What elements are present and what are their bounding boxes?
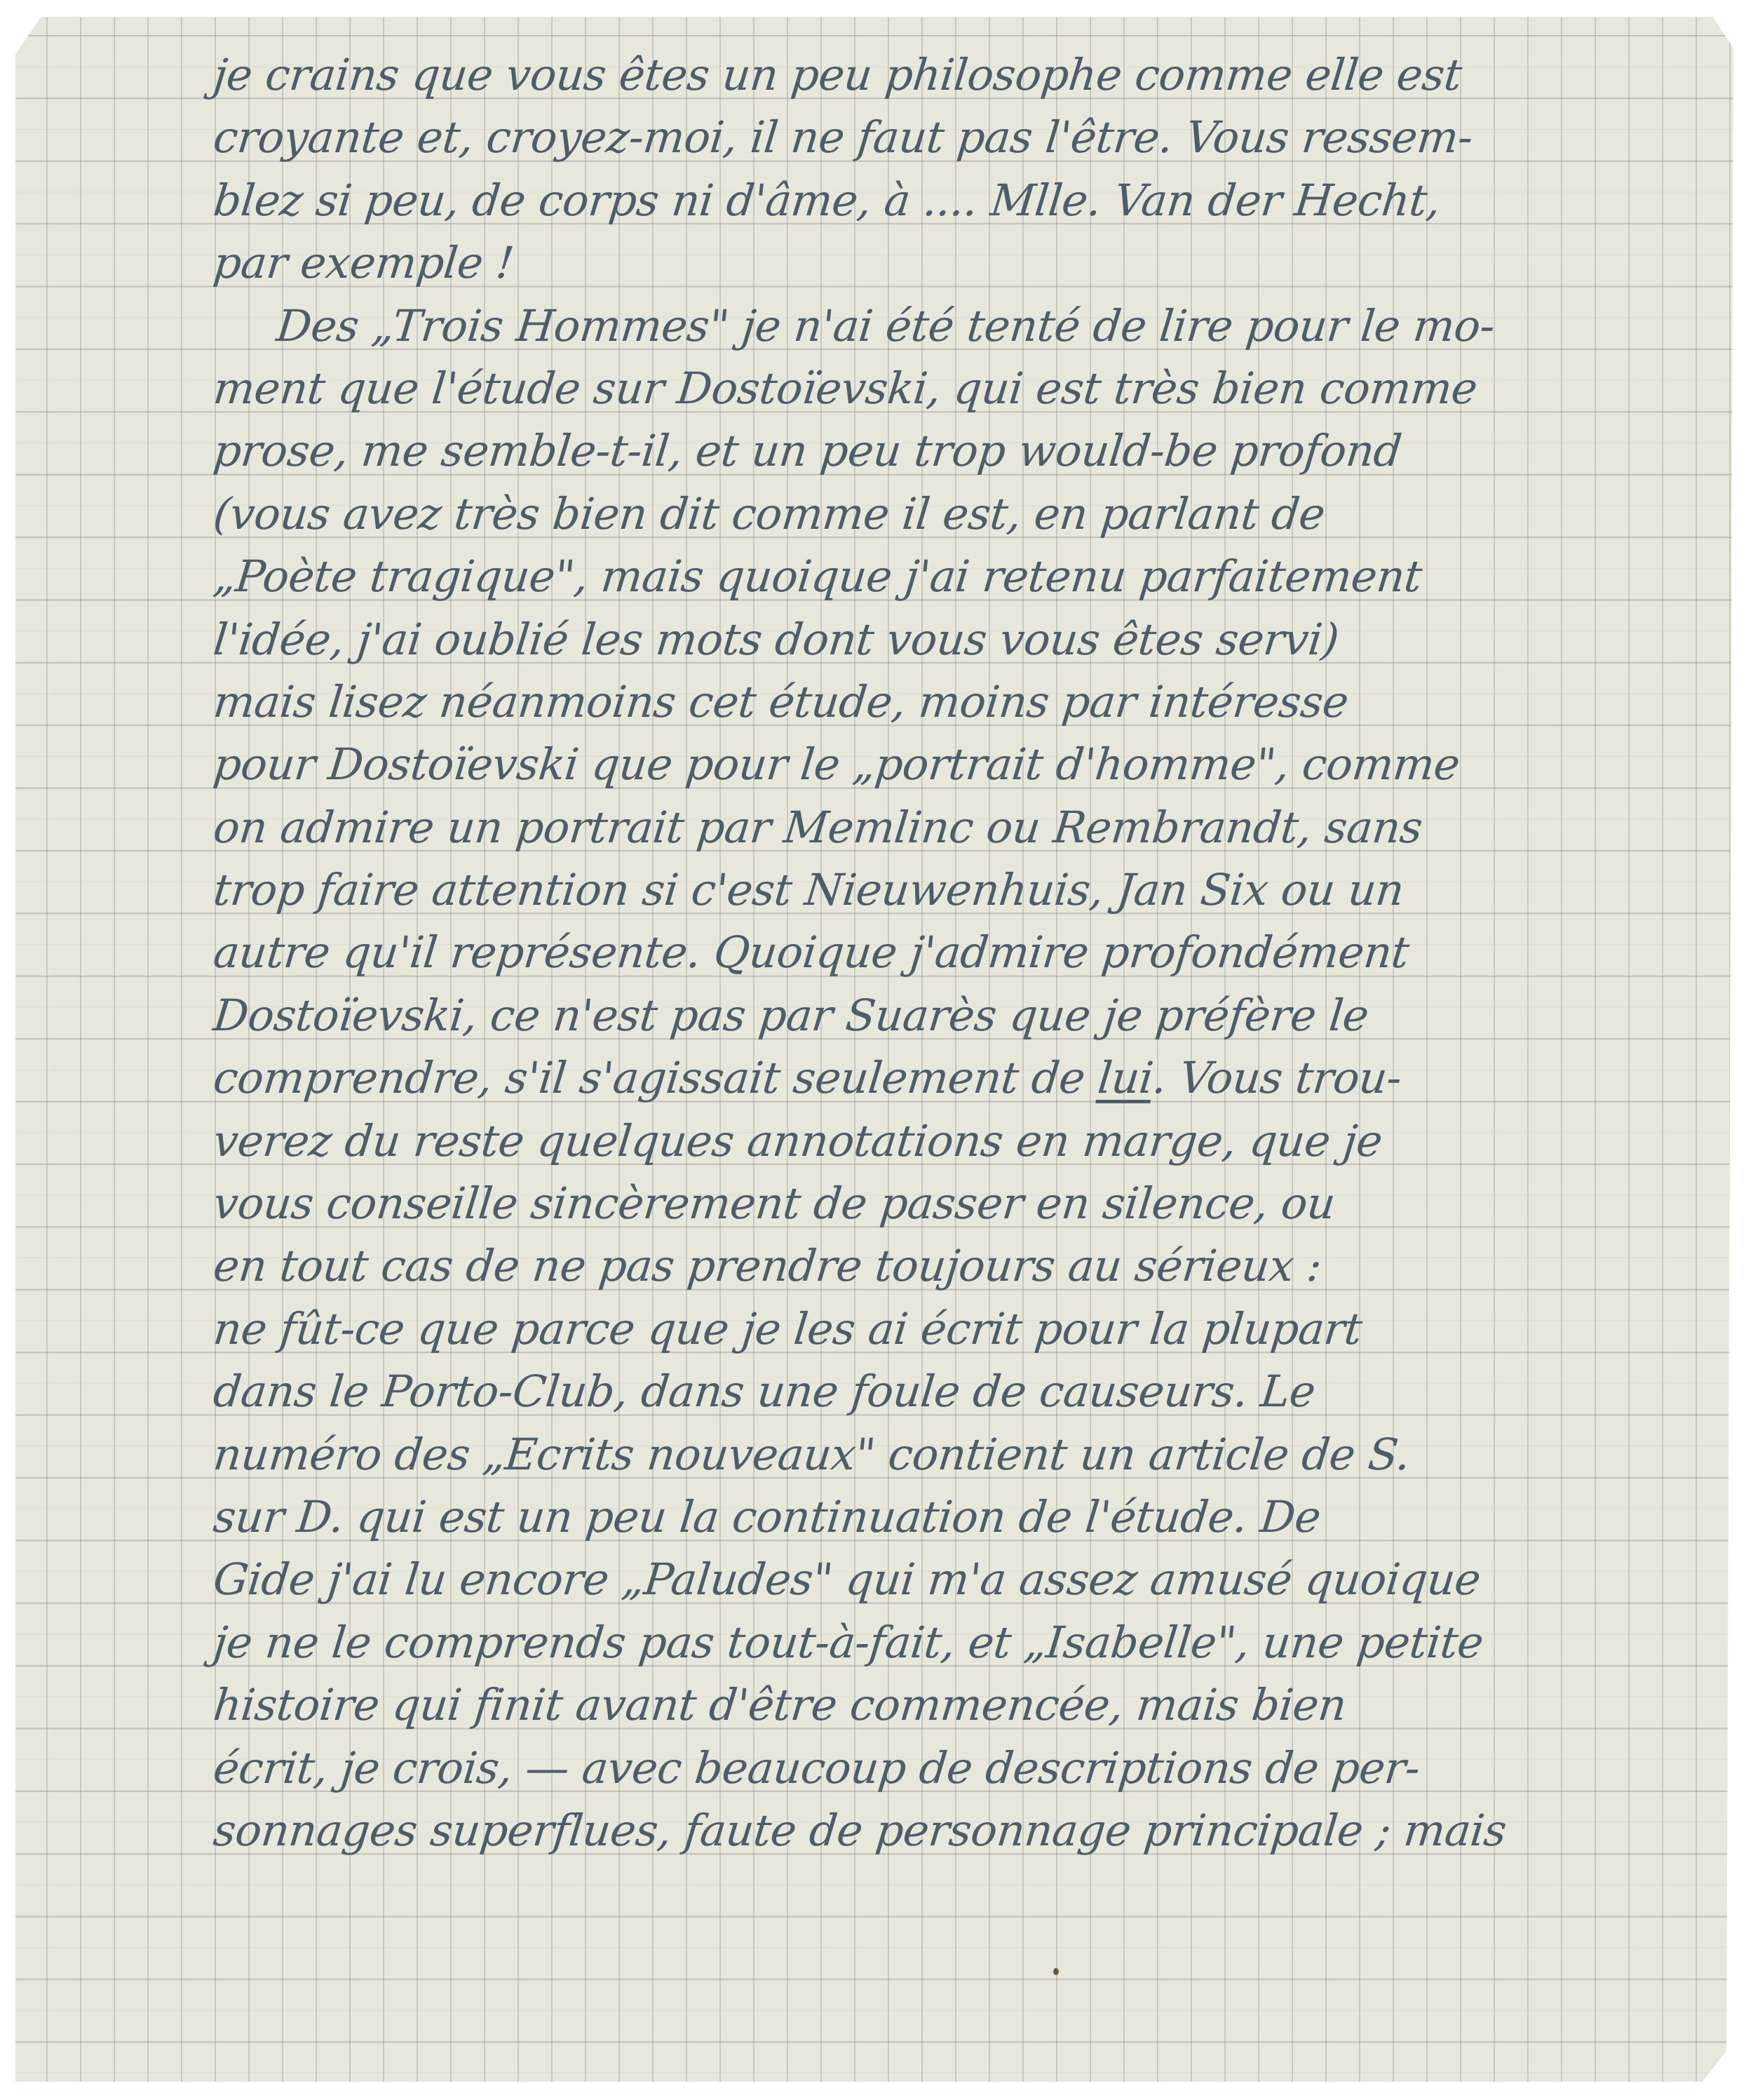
letter-line-27: histoire qui finit avant d'être commencé… [210,1674,1731,1736]
letter-line-7: prose, me semble-t-il, et un peu trop wo… [210,419,1731,482]
underlined-word: lui [1095,1052,1156,1103]
letter-line-8: (vous avez très bien dit comme il est, e… [210,483,1731,545]
letter-line-2: croyante et, croyez-moi, il ne faut pas … [210,106,1731,168]
letter-line-4: par exemple ! [210,231,1731,294]
letter-line-28: écrit, je crois, — avec beaucoup de desc… [210,1737,1731,1799]
letter-line-21: ne fût-ce que parce que je les ai écrit … [210,1298,1731,1360]
letter-line-13: on admire un portrait par Memlinc ou Rem… [210,796,1731,859]
letter-line-9: „Poète tragique", mais quoique j'ai rete… [210,545,1731,607]
letter-line-22: dans le Porto-Club, dans une foule de ca… [210,1360,1731,1422]
letter-line-11: mais lisez néanmoins cet étude, moins pa… [210,671,1731,733]
letter-line-18: verez du reste quelques annotations en m… [210,1110,1731,1172]
letter-line-14: trop faire attention si c'est Nieuwenhui… [210,859,1731,921]
letter-line-23: numéro des „Ecrits nouveaux" contient un… [210,1423,1731,1486]
letter-line-17: comprendre, s'il s'agissait seulement de… [210,1046,1731,1109]
letter-line-6: ment que l'étude sur Dostoïevski, qui es… [210,357,1731,419]
letter-line-26: je ne le comprends pas tout-à-fait, et „… [210,1611,1731,1674]
letter-line-1: je crains que vous êtes un peu philosoph… [210,43,1731,106]
letter-line-17-text: comprendre, s'il s'agissait seulement de [211,1052,1101,1103]
letter-line-25: Gide j'ai lu encore „Paludes" qui m'a as… [210,1548,1731,1610]
ink-speck [1053,1968,1059,1975]
letter-line-24: sur D. qui est un peu la continuation de… [210,1486,1731,1548]
letter-line-15: autre qu'il représente. Quoique j'admire… [210,921,1731,983]
letter-line-10: l'idée, j'ai oublié les mots dont vous v… [210,608,1731,671]
letter-line-17-tail: . Vous trou- [1150,1052,1404,1103]
letter-line-19: vous conseille sincèrement de passer en … [210,1172,1731,1234]
letter-line-5-paragraph-start: Des „Trois Hommes" je n'ai été tenté de … [210,295,1731,357]
letter-line-20: en tout cas de ne pas prendre toujours a… [210,1234,1731,1297]
letter-line-12: pour Dostoïevski que pour le „portrait d… [210,733,1731,795]
handwritten-letter-body: je crains que vous êtes un peu philosoph… [210,43,1725,1862]
letter-line-16: Dostoïevski, ce n'est pas par Suarès que… [210,984,1731,1046]
letter-line-3: blez si peu, de corps ni d'âme, à .... M… [210,169,1731,231]
letter-line-29: sonnages superflues, faute de personnage… [210,1799,1731,1862]
